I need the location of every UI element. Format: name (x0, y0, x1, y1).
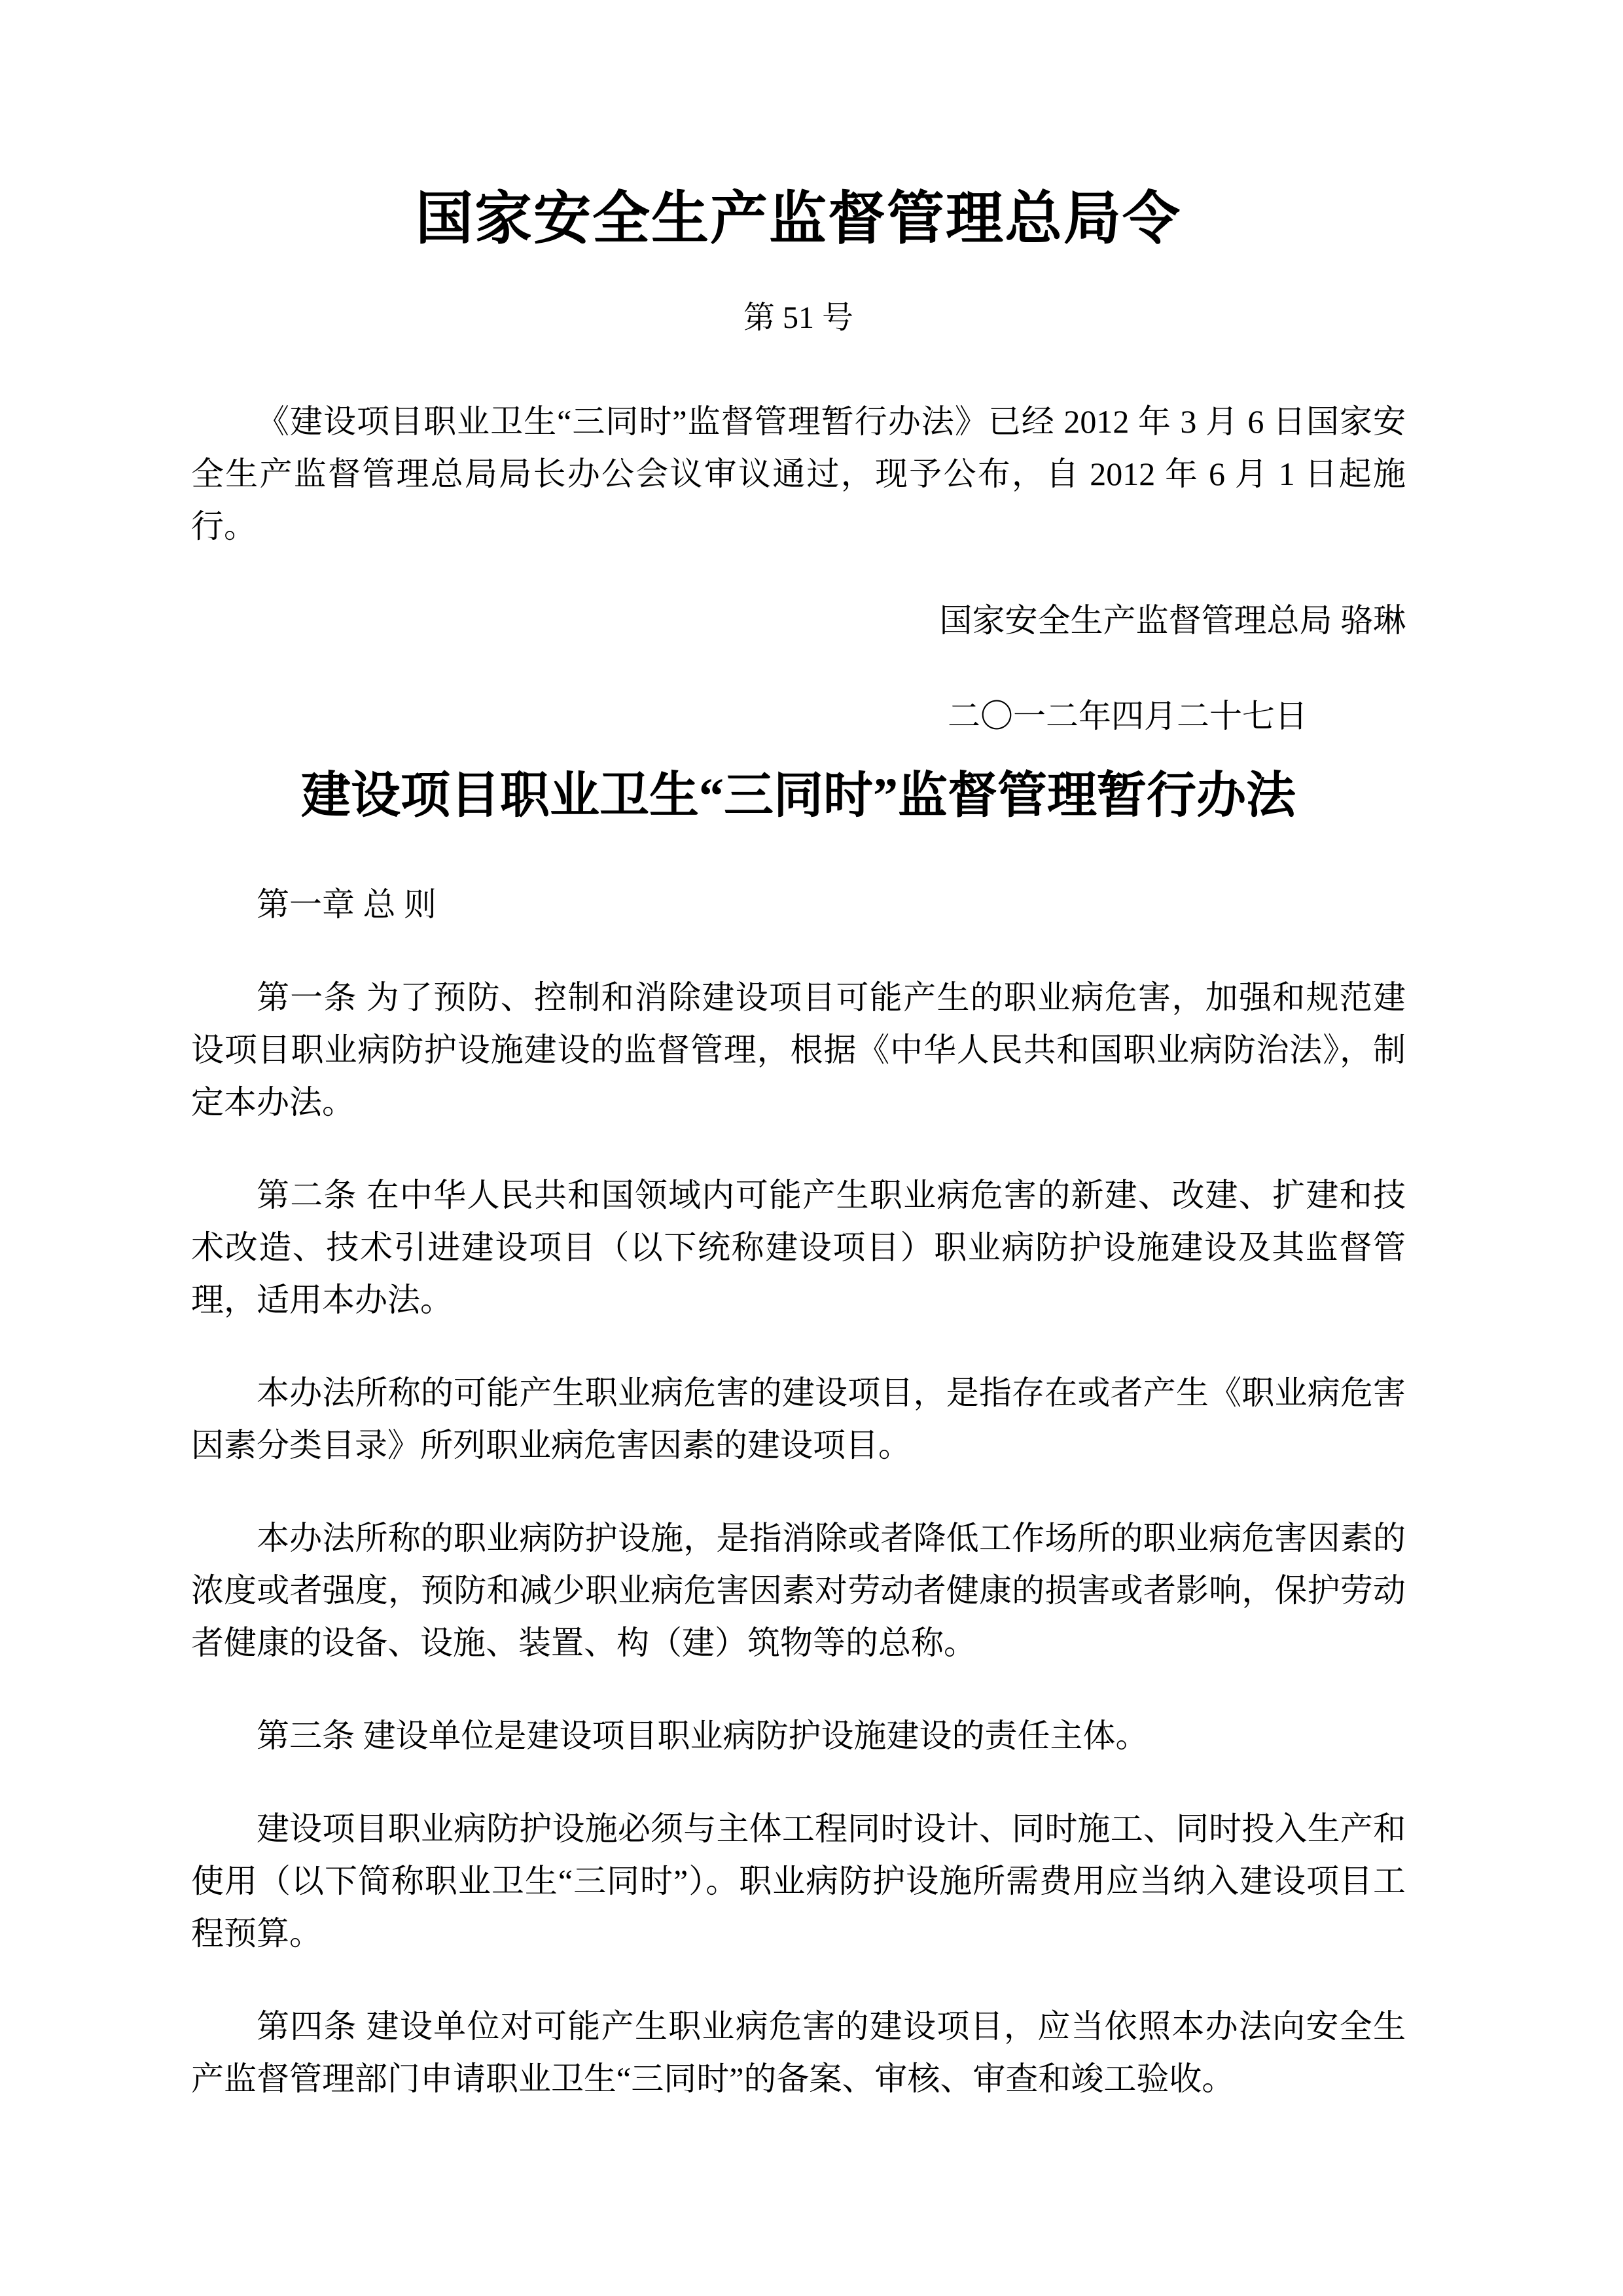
regulation-title: 建设项目职业卫生“三同时”监督管理暂行办法 (191, 762, 1406, 830)
article-paragraph-2: 第二条 在中华人民共和国领域内可能产生职业病危害的新建、改建、扩建和技术改造、技… (191, 1169, 1406, 1326)
article-paragraph-5: 第三条 建设单位是建设项目职业病防护设施建设的责任主体。 (191, 1710, 1406, 1762)
date-line: 二〇一二年四月二十七日 (191, 690, 1406, 742)
article-paragraph-7: 第四条 建设单位对可能产生职业病危害的建设项目，应当依照本办法向安全生产监督管理… (191, 2000, 1406, 2105)
decree-title: 国家安全生产监督管理总局令 (191, 183, 1406, 257)
article-paragraph-4: 本办法所称的职业病防护设施，是指消除或者降低工作场所的职业病危害因素的浓度或者强… (191, 1512, 1406, 1669)
article-paragraph-1: 第一条 为了预防、控制和消除建设项目可能产生的职业病危害，加强和规范建设项目职业… (191, 971, 1406, 1128)
decree-number: 第 51 号 (191, 298, 1406, 338)
preamble-paragraph: 《建设项目职业卫生“三同时”监督管理暂行办法》已经 2012 年 3 月 6 日… (191, 395, 1406, 552)
signature-line: 国家安全生产监督管理总局 骆琳 (191, 594, 1406, 647)
article-paragraph-6: 建设项目职业病防护设施必须与主体工程同时设计、同时施工、同时投入生产和使用（以下… (191, 1803, 1406, 1960)
chapter-heading: 第一章 总 则 (191, 878, 1406, 931)
article-paragraph-3: 本办法所称的可能产生职业病危害的建设项目，是指存在或者产生《职业病危害因素分类目… (191, 1367, 1406, 1471)
document-page: 国家安全生产监督管理总局令 第 51 号 《建设项目职业卫生“三同时”监督管理暂… (0, 0, 1623, 2296)
